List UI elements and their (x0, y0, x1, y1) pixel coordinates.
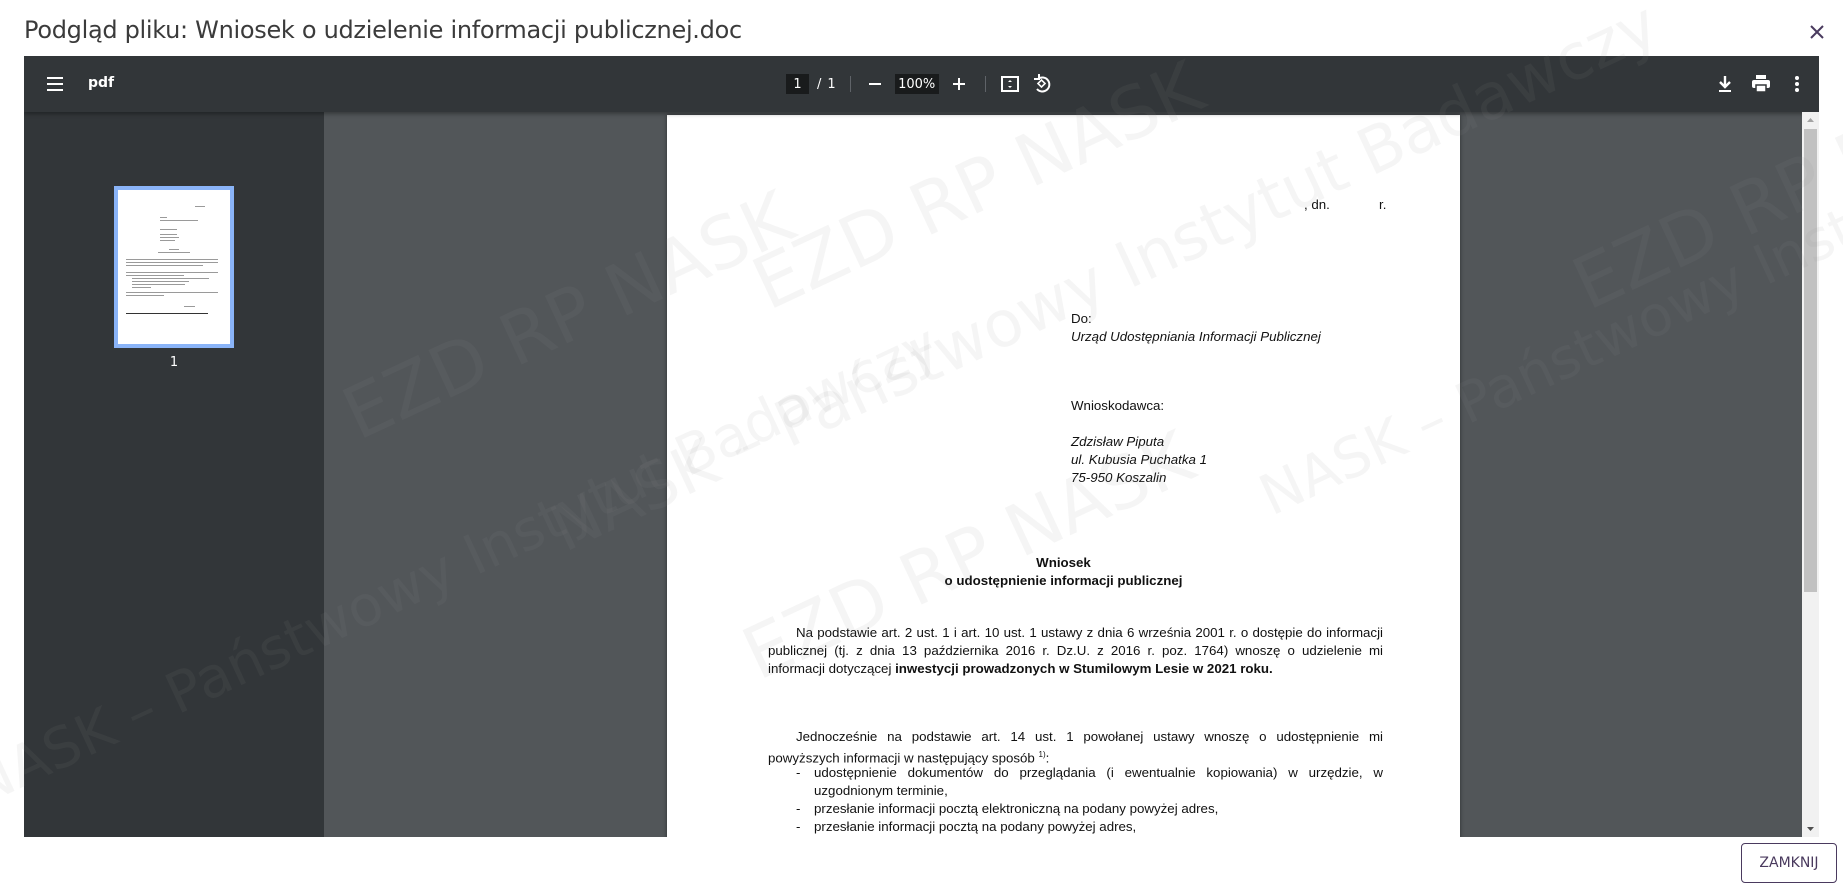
zoom-level-input[interactable] (895, 74, 939, 94)
paragraph-1-bold: inwestycji prowadzonych w Stumilowym Les… (895, 661, 1273, 676)
pdf-viewer: pdf / 1 (24, 56, 1819, 837)
recipient-label: Do: (1071, 311, 1092, 326)
date-place: , dn. (1304, 197, 1330, 212)
applicant-city: 75-950 Koszalin (1071, 470, 1166, 485)
fit-to-page-icon[interactable] (998, 72, 1022, 96)
scroll-up-arrow-icon[interactable] (1802, 112, 1819, 129)
page-number-input[interactable] (786, 74, 809, 94)
minus-icon[interactable] (863, 72, 887, 96)
scrollbar-thumb[interactable] (1804, 129, 1817, 592)
heading-line2: o udostępnienie informacji publicznej (667, 573, 1460, 588)
document-name: pdf (88, 75, 114, 91)
list-item: udostępnienie dokumentów do przeglądania… (768, 764, 1383, 800)
delivery-method-list: udostępnienie dokumentów do przeglądania… (768, 764, 1383, 836)
applicant-label: Wnioskodawca: (1071, 398, 1164, 413)
print-icon[interactable] (1749, 72, 1773, 96)
recipient-name: Urząd Udostępniania Informacji Publiczne… (1071, 329, 1321, 344)
footnote-marker: 1) (1039, 750, 1046, 759)
modal-title: Podgląd pliku: Wniosek o udzielenie info… (24, 16, 742, 44)
rotate-counterclockwise-icon[interactable] (1030, 72, 1054, 96)
toolbar-actions (1713, 72, 1809, 96)
paragraph-2: Jednocześnie na podstawie art. 14 ust. 1… (768, 728, 1383, 767)
total-pages: 1 (827, 77, 835, 92)
close-icon[interactable] (1805, 20, 1829, 44)
more-vert-icon[interactable] (1785, 72, 1809, 96)
paragraph-1: Na podstawie art. 2 ust. 1 i art. 10 ust… (768, 624, 1383, 678)
plus-icon[interactable] (947, 72, 971, 96)
close-button[interactable]: ZAMKNIJ (1741, 843, 1837, 883)
page-thumbnail[interactable] (114, 186, 234, 348)
toolbar-divider (850, 76, 851, 92)
list-item: przesłanie informacji pocztą na podany p… (768, 818, 1383, 836)
thumbnail-sidebar: 1 (24, 112, 324, 837)
applicant-name: Zdzisław Piputa (1071, 434, 1164, 449)
vertical-scrollbar[interactable] (1802, 112, 1819, 837)
document-page: , dn. r. Do: Urząd Udostępniania Informa… (667, 115, 1460, 837)
list-item: przesłanie informacji pocztą elektronicz… (768, 800, 1383, 818)
page-zoom-controls: / 1 (786, 72, 1054, 96)
viewer-toolbar: pdf / 1 (24, 56, 1819, 112)
download-icon[interactable] (1713, 72, 1737, 96)
thumbnail-label: 1 (164, 355, 184, 370)
toolbar-divider (985, 76, 986, 92)
applicant-street: ul. Kubusia Puchatka 1 (1071, 452, 1207, 467)
page-separator: / (817, 77, 821, 92)
hamburger-menu-icon[interactable] (43, 72, 67, 96)
scroll-down-arrow-icon[interactable] (1802, 820, 1819, 837)
heading-line1: Wniosek (667, 555, 1460, 570)
date-year-suffix: r. (1379, 197, 1386, 212)
